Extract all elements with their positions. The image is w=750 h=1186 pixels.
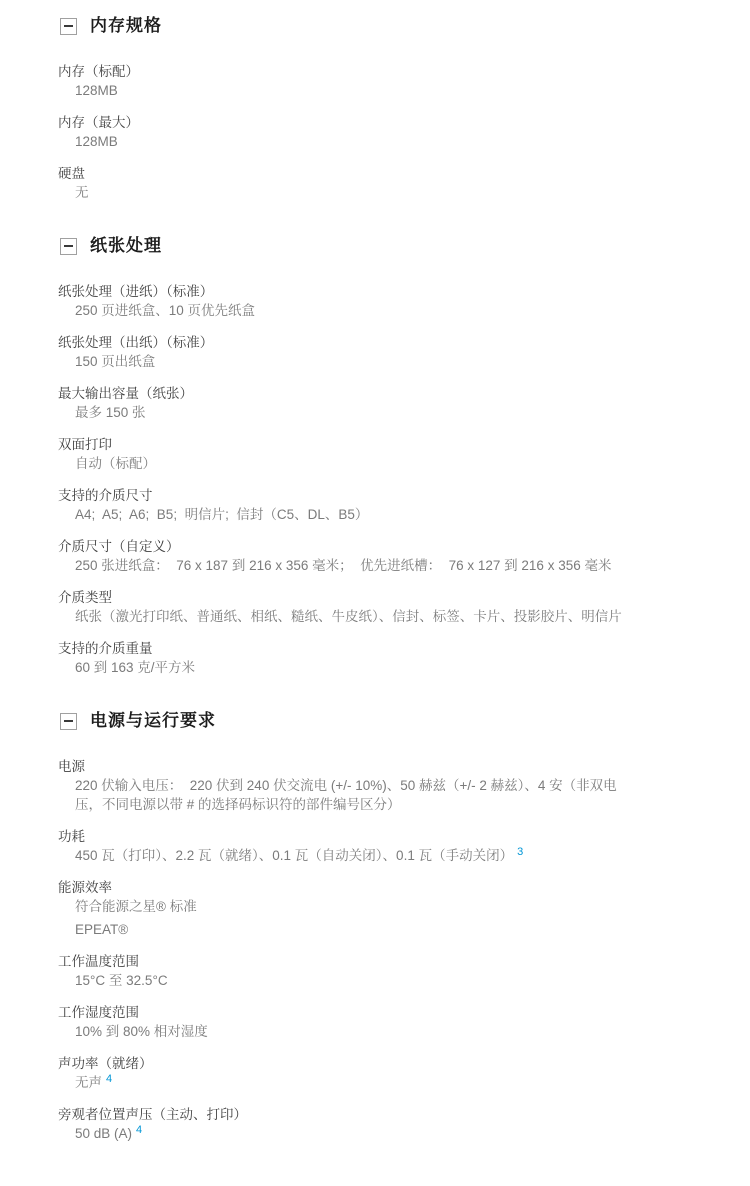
spec-value: 最多 150 张 [58,403,640,422]
collapse-minus-icon[interactable] [60,18,77,35]
section-title: 电源与运行要求 [90,709,216,733]
spec-value-text: 50 dB (A) [75,1126,132,1141]
spec-label: 纸张处理（进纸）（标准） [58,282,710,301]
spec-value: 220 伏输入电压： 220 伏到 240 伏交流电 (+/- 10%)、50 … [58,776,640,814]
spec-value: 128MB [58,81,640,100]
spec-value: 15°C 至 32.5°C [58,971,640,990]
section-memory-specs: 内存规格 内存（标配） 128MB 内存（最大） 128MB 硬盘 无 [58,14,710,202]
spec-value: 128MB [58,132,640,151]
spec-label: 声功率（就绪） [58,1054,710,1073]
minus-glyph [64,720,73,722]
spec-label: 最大输出容量（纸张） [58,384,710,403]
spec-item: 工作温度范围 15°C 至 32.5°C [58,952,710,990]
spec-value: 10% 到 80% 相对湿度 [58,1022,640,1041]
spec-label: 介质类型 [58,588,710,607]
spec-item: 声功率（就绪） 无声4 [58,1054,710,1092]
spec-label: 硬盘 [58,164,710,183]
spec-item: 内存（标配） 128MB [58,62,710,100]
footnote-ref[interactable]: 4 [136,1124,142,1136]
spec-value: 60 到 163 克/平方米 [58,658,640,677]
spec-label: 工作湿度范围 [58,1003,710,1022]
spec-value: 纸张（激光打印纸、普通纸、相纸、糙纸、牛皮纸）、信封、标签、卡片、投影胶片、明信… [58,607,640,626]
collapse-minus-icon[interactable] [60,238,77,255]
spec-value: 250 张进纸盒： 76 x 187 到 216 x 356 毫米； 优先进纸槽… [58,556,640,575]
spec-label: 介质尺寸（自定义） [58,537,710,556]
spec-value-text: 无声 [75,1075,102,1090]
section-header[interactable]: 电源与运行要求 [60,709,710,733]
spec-item: 纸张处理（出纸）（标准） 150 页出纸盒 [58,333,710,371]
spec-item: 纸张处理（进纸）（标准） 250 页进纸盒、10 页优先纸盒 [58,282,710,320]
spec-item: 旁观者位置声压（主动、打印） 50 dB (A)4 [58,1105,710,1143]
spec-item: 双面打印 自动（标配） [58,435,710,473]
section-power-operating: 电源与运行要求 电源 220 伏输入电压： 220 伏到 240 伏交流电 (+… [58,709,710,1143]
spec-item: 功耗 450 瓦（打印）、2.2 瓦（就绪）、0.1 瓦（自动关闭）、0.1 瓦… [58,827,710,865]
spec-label: 支持的介质尺寸 [58,486,710,505]
spec-value: 250 页进纸盒、10 页优先纸盒 [58,301,640,320]
spec-item: 硬盘 无 [58,164,710,202]
section-title: 内存规格 [90,14,162,38]
collapse-minus-icon[interactable] [60,713,77,730]
spec-value-text: 450 瓦（打印）、2.2 瓦（就绪）、0.1 瓦（自动关闭）、0.1 瓦（手动… [75,848,513,863]
spec-value: 150 页出纸盒 [58,352,640,371]
spec-label: 纸张处理（出纸）（标准） [58,333,710,352]
spec-value: 自动（标配） [58,454,640,473]
section-header[interactable]: 内存规格 [60,14,710,38]
spec-label: 功耗 [58,827,710,846]
section-paper-handling: 纸张处理 纸张处理（进纸）（标准） 250 页进纸盒、10 页优先纸盒 纸张处理… [58,234,710,677]
spec-item: 能源效率 符合能源之星® 标准 EPEAT® [58,878,710,939]
footnote-ref[interactable]: 4 [106,1073,112,1085]
section-header[interactable]: 纸张处理 [60,234,710,258]
minus-glyph [64,245,73,247]
spec-label: 内存（最大） [58,113,710,132]
spec-label: 工作温度范围 [58,952,710,971]
spec-label: 双面打印 [58,435,710,454]
minus-glyph [64,25,73,27]
spec-label: 旁观者位置声压（主动、打印） [58,1105,710,1124]
spec-value: A4; A5; A6; B5; 明信片; 信封（C5、DL、B5） [58,505,640,524]
spec-value: 无声4 [58,1073,640,1092]
spec-item: 介质尺寸（自定义） 250 张进纸盒： 76 x 187 到 216 x 356… [58,537,710,575]
spec-item: 内存（最大） 128MB [58,113,710,151]
spec-value: 50 dB (A)4 [58,1124,640,1143]
section-title: 纸张处理 [90,234,162,258]
spec-value: 符合能源之星® 标准 [58,897,640,916]
spec-item: 最大输出容量（纸张） 最多 150 张 [58,384,710,422]
spec-label: 能源效率 [58,878,710,897]
spec-item: 介质类型 纸张（激光打印纸、普通纸、相纸、糙纸、牛皮纸）、信封、标签、卡片、投影… [58,588,710,626]
spec-item: 支持的介质重量 60 到 163 克/平方米 [58,639,710,677]
spec-label: 内存（标配） [58,62,710,81]
spec-value: 450 瓦（打印）、2.2 瓦（就绪）、0.1 瓦（自动关闭）、0.1 瓦（手动… [58,846,640,865]
spec-label: 电源 [58,757,710,776]
product-specs-page: 内存规格 内存（标配） 128MB 内存（最大） 128MB 硬盘 无 纸张处理… [0,0,750,1186]
footnote-ref[interactable]: 3 [517,846,523,858]
spec-item: 支持的介质尺寸 A4; A5; A6; B5; 明信片; 信封（C5、DL、B5… [58,486,710,524]
spec-item: 工作湿度范围 10% 到 80% 相对湿度 [58,1003,710,1041]
spec-item: 电源 220 伏输入电压： 220 伏到 240 伏交流电 (+/- 10%)、… [58,757,710,814]
spec-value: EPEAT® [58,920,640,939]
spec-label: 支持的介质重量 [58,639,710,658]
spec-value: 无 [58,183,640,202]
